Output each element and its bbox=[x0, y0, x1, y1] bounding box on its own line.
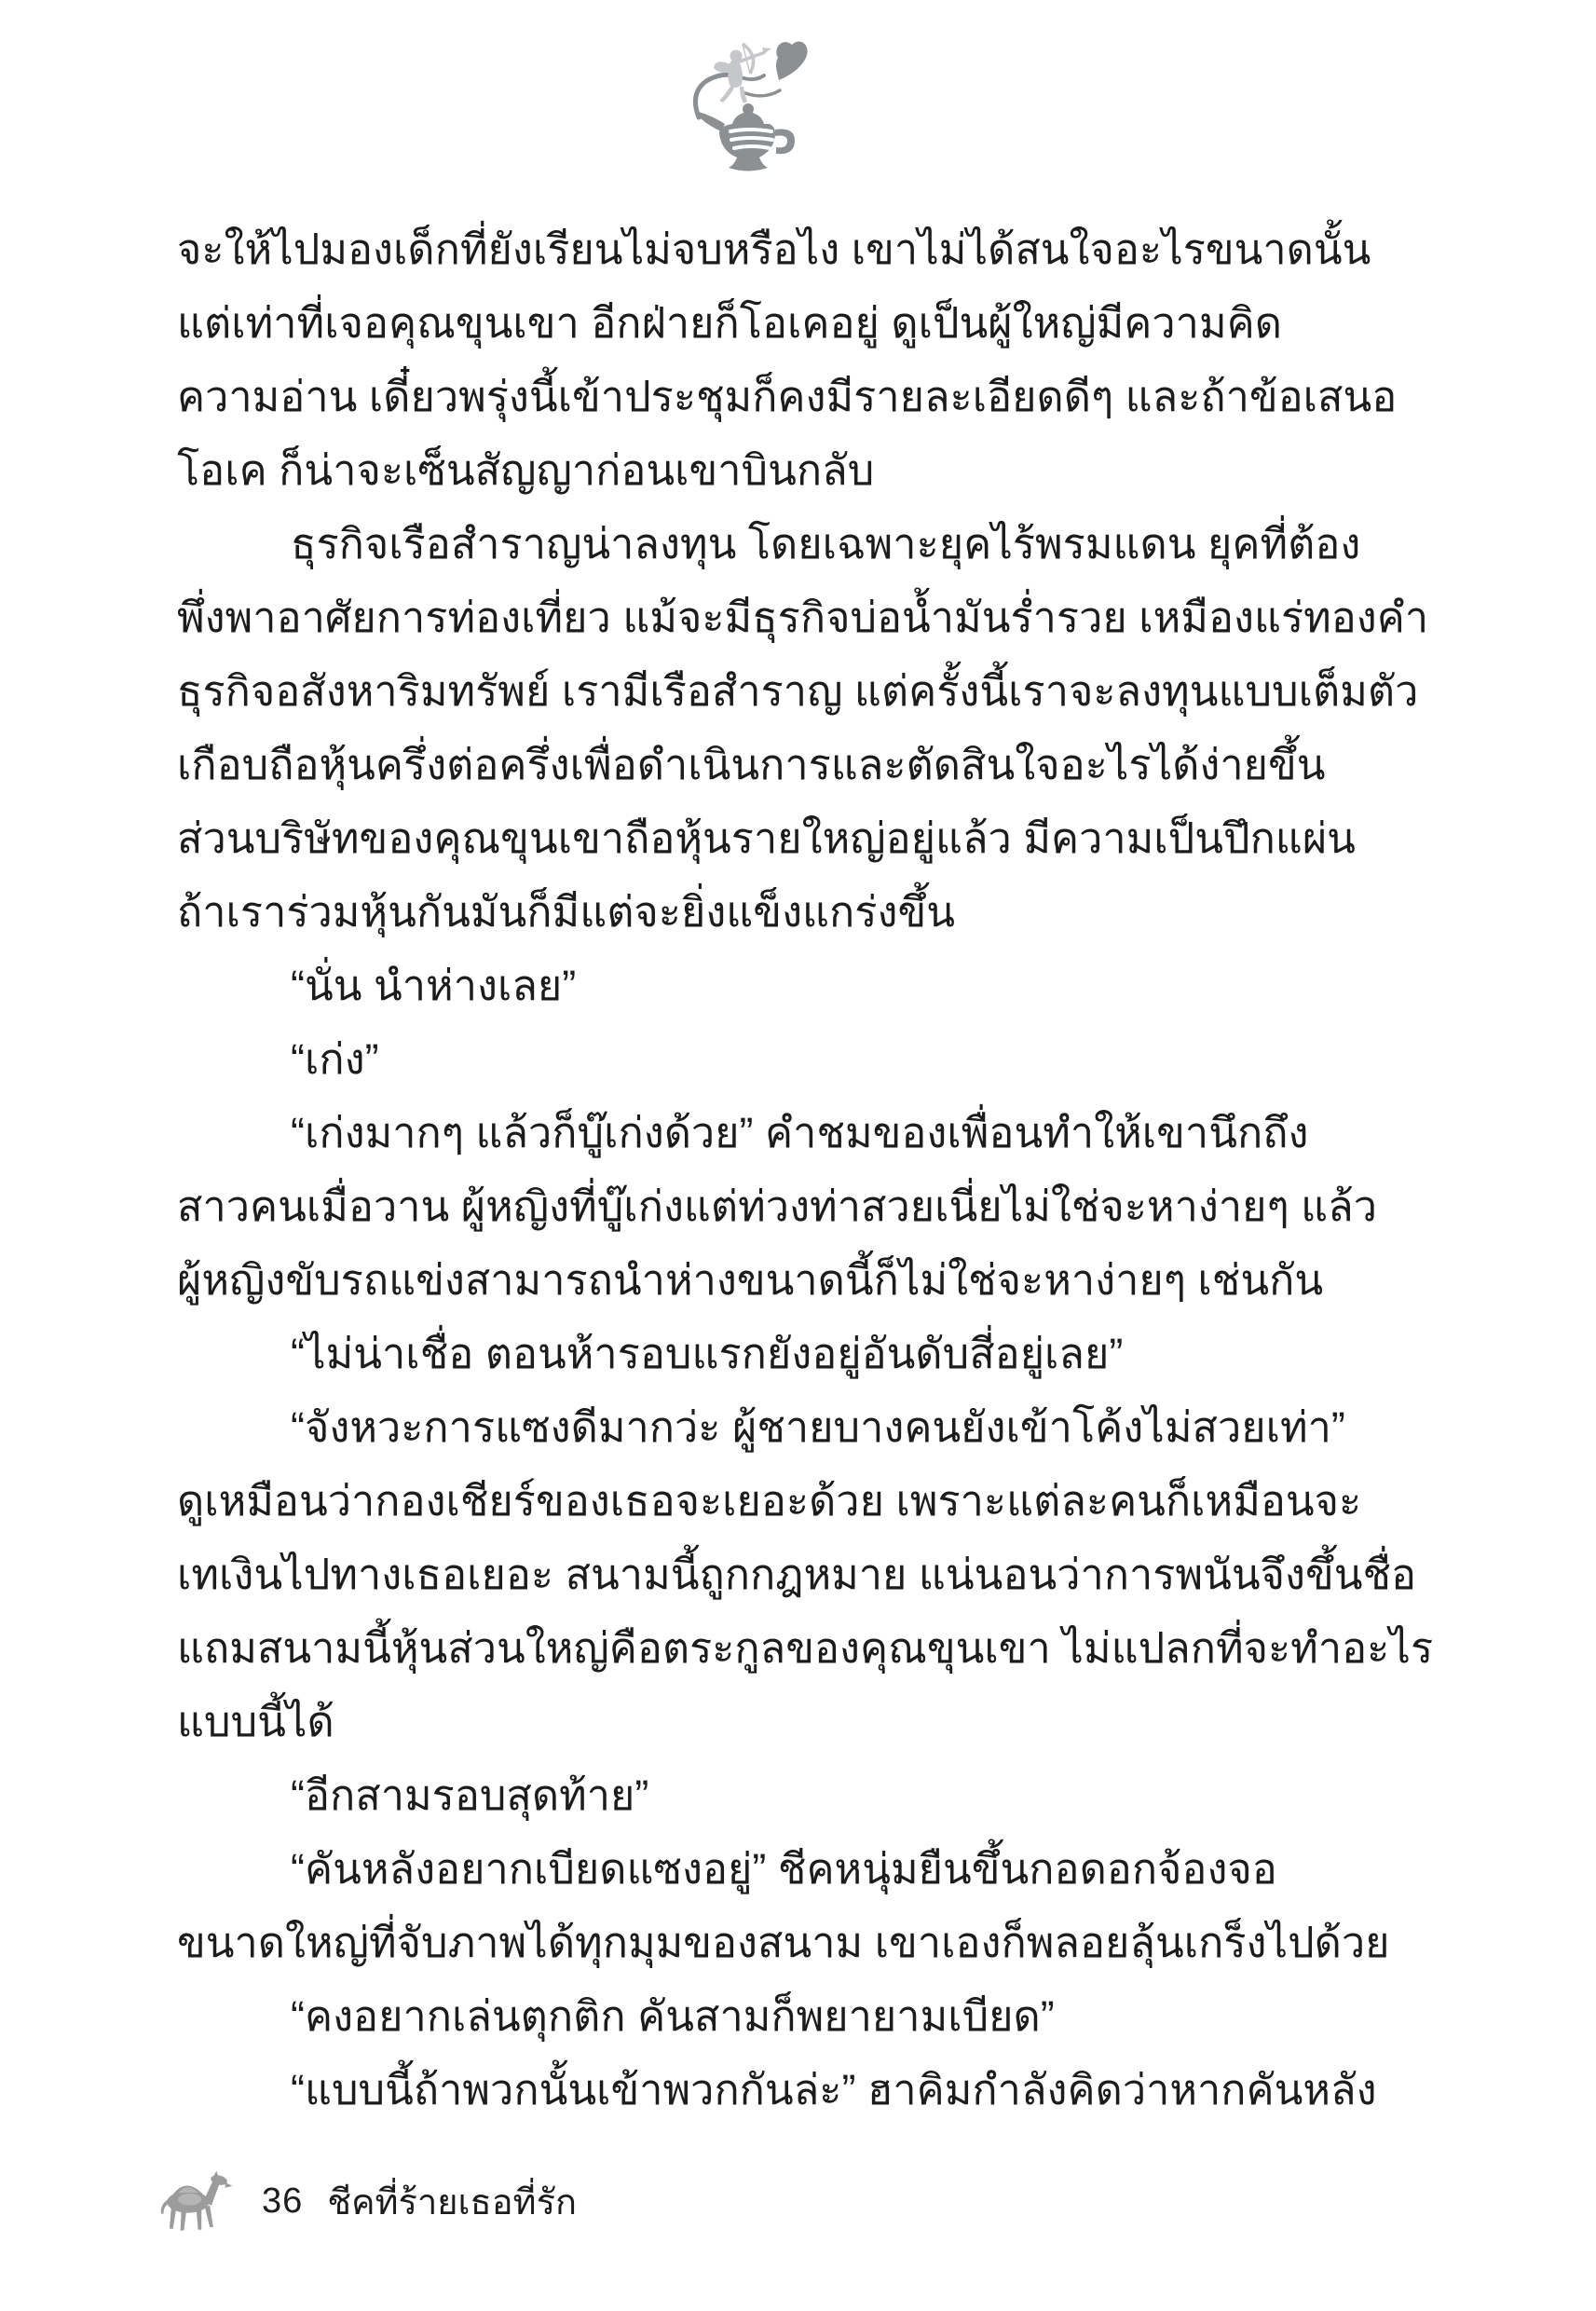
paragraph: “จังหวะการแซงดีมากว่ะ ผู้ชายบางคนยังเข้า… bbox=[177, 1390, 1474, 1758]
page-footer: 36 ชีคที่ร้ายเธอที่รัก bbox=[152, 2167, 577, 2236]
paragraph: “เก่งมากๆ แล้วก็บู๊เก่งด้วย” คำชมของเพื่… bbox=[177, 1096, 1474, 1317]
text-line: ขนาดใหญ่ที่จับภาพได้ทุกมุมของสนาม เขาเอง… bbox=[177, 1906, 1474, 1979]
text-line: แถมสนามนี้หุ้นส่วนใหญ่คือตระกูลของคุณขุน… bbox=[177, 1611, 1474, 1685]
text-line: “นั่น นำห่างเลย” bbox=[177, 949, 1474, 1022]
text-line: ความอ่าน เดี๋ยวพรุ่งนี้เข้าประชุมก็คงมีร… bbox=[177, 360, 1474, 433]
text-line: สาวคนเมื่อวาน ผู้หญิงที่บู๊เก่งแต่ท่วงท่… bbox=[177, 1169, 1474, 1243]
text-line: “จังหวะการแซงดีมากว่ะ ผู้ชายบางคนยังเข้า… bbox=[177, 1390, 1474, 1464]
text-line: ถ้าเราร่วมหุ้นกันมันก็มีแต่จะยิ่งแข็งแกร… bbox=[177, 875, 1474, 949]
paragraph: “เก่ง” bbox=[177, 1022, 1474, 1096]
camel-icon bbox=[152, 2168, 238, 2236]
text-line: “แบบนี้ถ้าพวกนั้นเข้าพวกกันล่ะ” ฮาคิมกำล… bbox=[177, 2053, 1474, 2126]
text-line: แต่เท่าที่เจอคุณขุนเขา อีกฝ่ายก็โอเคอยู่… bbox=[177, 286, 1474, 360]
body-text: จะให้ไปมองเด็กที่ยังเรียนไม่จบหรือไง เขา… bbox=[177, 212, 1474, 2126]
text-line: “อีกสามรอบสุดท้าย” bbox=[177, 1758, 1474, 1832]
text-line: “คงอยากเล่นตุกติก คันสามก็พยายามเบียด” bbox=[177, 1979, 1474, 2053]
paragraph: ธุรกิจเรือสำราญน่าลงทุน โดยเฉพาะยุคไร้พร… bbox=[177, 507, 1474, 949]
paragraph: จะให้ไปมองเด็กที่ยังเรียนไม่จบหรือไง เขา… bbox=[177, 212, 1474, 507]
text-line: “ไม่น่าเชื่อ ตอนห้ารอบแรกยังอยู่อันดับสี… bbox=[177, 1317, 1474, 1390]
text-line: แบบนี้ได้ bbox=[177, 1685, 1474, 1758]
book-title: ชีคที่ร้ายเธอที่รัก bbox=[327, 2173, 577, 2230]
text-line: เกือบถือหุ้นครึ่งต่อครึ่งเพื่อดำเนินการแ… bbox=[177, 728, 1474, 801]
paragraph: “นั่น นำห่างเลย” bbox=[177, 949, 1474, 1022]
text-line: “เก่งมากๆ แล้วก็บู๊เก่งด้วย” คำชมของเพื่… bbox=[177, 1096, 1474, 1169]
paragraph: “ไม่น่าเชื่อ ตอนห้ารอบแรกยังอยู่อันดับสี… bbox=[177, 1317, 1474, 1390]
text-line: ผู้หญิงขับรถแข่งสามารถนำห่างขนาดนี้ก็ไม่… bbox=[177, 1243, 1474, 1317]
paragraph: “แบบนี้ถ้าพวกนั้นเข้าพวกกันล่ะ” ฮาคิมกำล… bbox=[177, 2053, 1474, 2126]
book-page: จะให้ไปมองเด็กที่ยังเรียนไม่จบหรือไง เขา… bbox=[0, 0, 1596, 2311]
text-line: ธุรกิจอสังหาริมทรัพย์ เรามีเรือสำราญ แต่… bbox=[177, 654, 1474, 728]
text-line: “คันหลังอยากเบียดแซงอยู่” ชีคหนุ่มยืนขึ้… bbox=[177, 1832, 1474, 1906]
text-line: เทเงินไปทางเธอเยอะ สนามนี้ถูกกฎหมาย แน่น… bbox=[177, 1538, 1474, 1611]
paragraph: “คันหลังอยากเบียดแซงอยู่” ชีคหนุ่มยืนขึ้… bbox=[177, 1832, 1474, 1979]
text-line: ดูเหมือนว่ากองเชียร์ของเธอจะเยอะด้วย เพร… bbox=[177, 1464, 1474, 1538]
text-line: พึ่งพาอาศัยการท่องเที่ยว แม้จะมีธุรกิจบ่… bbox=[177, 581, 1474, 654]
text-line: “เก่ง” bbox=[177, 1022, 1474, 1096]
text-line: ส่วนบริษัทของคุณขุนเขาถือหุ้นรายใหญ่อยู่… bbox=[177, 801, 1474, 875]
paragraph: “อีกสามรอบสุดท้าย” bbox=[177, 1758, 1474, 1832]
text-line: โอเค ก็น่าจะเซ็นสัญญาก่อนเขาบินกลับ bbox=[177, 433, 1474, 507]
page-number: 36 bbox=[262, 2181, 303, 2222]
paragraph: “คงอยากเล่นตุกติก คันสามก็พยายามเบียด” bbox=[177, 1979, 1474, 2053]
genie-lamp-cupid-ornament-icon bbox=[688, 35, 812, 175]
text-line: จะให้ไปมองเด็กที่ยังเรียนไม่จบหรือไง เขา… bbox=[177, 212, 1474, 286]
text-line: ธุรกิจเรือสำราญน่าลงทุน โดยเฉพาะยุคไร้พร… bbox=[177, 507, 1474, 581]
